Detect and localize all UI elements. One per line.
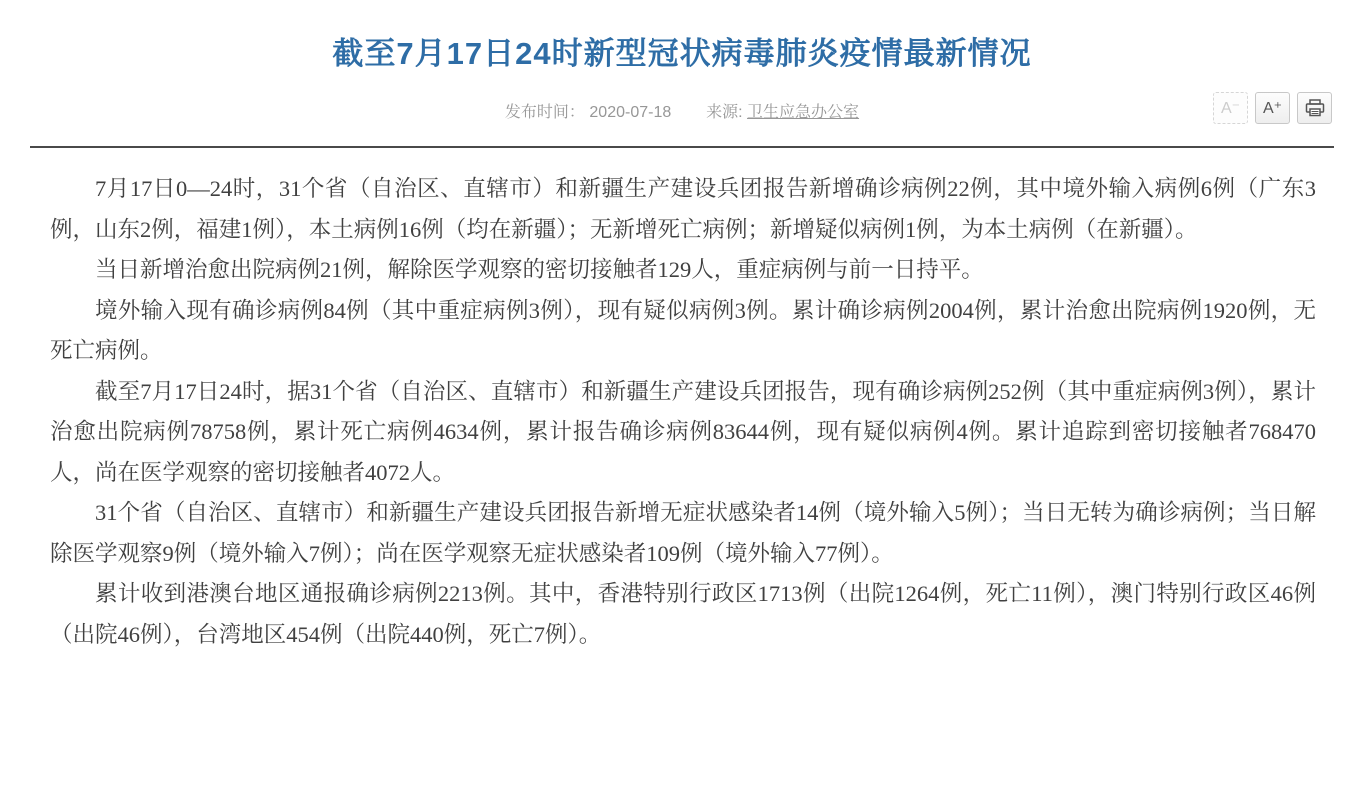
article-paragraph: 7月17日0—24时，31个省（自治区、直辖市）和新疆生产建设兵团报告新增确诊病…	[50, 169, 1316, 250]
article-meta: 发布时间： 2020-07-18 来源: 卫生应急办公室	[0, 99, 1364, 122]
article-paragraph: 31个省（自治区、直辖市）和新疆生产建设兵团报告新增无症状感染者14例（境外输入…	[50, 493, 1316, 574]
source-link[interactable]: 卫生应急办公室	[747, 104, 859, 121]
publish-time-value: 2020-07-18	[589, 104, 671, 121]
article-toolbar: A⁻ A⁺	[1213, 92, 1332, 124]
article-body: 7月17日0—24时，31个省（自治区、直辖市）和新疆生产建设兵团报告新增确诊病…	[0, 148, 1364, 655]
article-paragraph: 当日新增治愈出院病例21例，解除医学观察的密切接触者129人，重症病例与前一日持…	[50, 250, 1316, 291]
page-title: 截至7月17日24时新型冠状病毒肺炎疫情最新情况	[0, 28, 1364, 73]
article-paragraph: 截至7月17日24时，据31个省（自治区、直辖市）和新疆生产建设兵团报告，现有确…	[50, 372, 1316, 494]
article-header: 截至7月17日24时新型冠状病毒肺炎疫情最新情况 发布时间： 2020-07-1…	[0, 0, 1364, 122]
article-page: 截至7月17日24时新型冠状病毒肺炎疫情最新情况 发布时间： 2020-07-1…	[0, 0, 1364, 800]
article-paragraph: 境外输入现有确诊病例84例（其中重症病例3例），现有疑似病例3例。累计确诊病例2…	[50, 291, 1316, 372]
printer-icon	[1305, 99, 1325, 117]
font-decrease-button[interactable]: A⁻	[1213, 92, 1248, 124]
article-paragraph: 累计收到港澳台地区通报确诊病例2213例。其中，香港特别行政区1713例（出院1…	[50, 574, 1316, 655]
print-button[interactable]	[1297, 92, 1332, 124]
font-increase-button[interactable]: A⁺	[1255, 92, 1290, 124]
publish-time-label: 发布时间：	[505, 104, 585, 121]
source-label: 来源:	[706, 104, 742, 121]
